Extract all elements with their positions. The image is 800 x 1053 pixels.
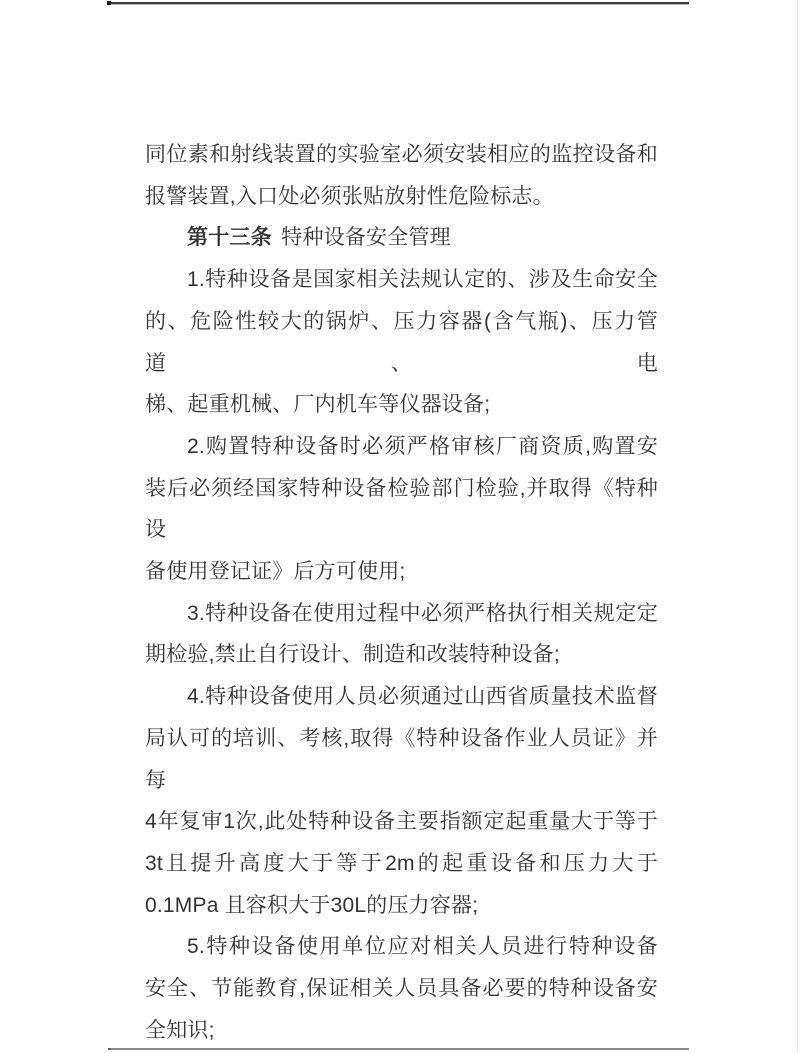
item1-line: 1.特种设备是国家相关法规认定的、涉及生命安全: [145, 259, 658, 301]
item4-line: 4年复审1次,此处特种设备主要指额定起重量大于等于: [145, 801, 658, 843]
viewer-right-border: [797, 0, 798, 1053]
page-top-edge-cap: [107, 1, 111, 5]
item2-line: 2.购置特种设备时必须严格审核厂商资质,购置安: [145, 426, 658, 468]
item3-line: 期检验,禁止自行设计、制造和改装特种设备;: [145, 634, 658, 676]
item5-line: 安全、节能教育,保证相关人员具备必要的特种设备安: [145, 968, 658, 1010]
continuation-paragraph-line: 报警装置,入口处必须张贴放射性危险标志。: [145, 176, 658, 218]
article-number: 第十三条: [187, 226, 272, 249]
item5-line: 全知识;: [145, 1010, 658, 1052]
article-heading: 第十三条特种设备安全管理: [145, 217, 658, 259]
item1-line: 梯、起重机械、厂内机车等仪器设备;: [145, 384, 658, 426]
page-top-edge-shadow: [108, 4, 689, 5]
page-bottom-edge-cap: [108, 1048, 111, 1050]
item4-line: 局认可的培训、考核,取得《特种设备作业人员证》并每: [145, 718, 658, 801]
continuation-paragraph-line: 同位素和射线装置的实验室必须安装相应的监控设备和: [145, 134, 658, 176]
document-page: { "page": { "background": "#ffffff", "te…: [0, 0, 800, 1053]
document-text-block: 同位素和射线装置的实验室必须安装相应的监控设备和 报警装置,入口处必须张贴放射性…: [145, 134, 658, 1051]
item2-line: 装后必须经国家特种设备检验部门检验,并取得《特种设: [145, 468, 658, 551]
item5-line: 5.特种设备使用单位应对相关人员进行特种设备: [145, 926, 658, 968]
article-title: 特种设备安全管理: [281, 226, 451, 249]
item1-line: 的、危险性较大的锅炉、压力容器(含气瓶)、压力管道、电: [145, 301, 658, 384]
item4-line: 0.1MPa 且容积大于30L的压力容器;: [145, 885, 658, 927]
item4-line: 4.特种设备使用人员必须通过山西省质量技术监督: [145, 676, 658, 718]
item2-line: 备使用登记证》后方可使用;: [145, 551, 658, 593]
item4-line: 3t且提升高度大于等于2m的起重设备和压力大于: [145, 843, 658, 885]
item3-line: 3.特种设备在使用过程中必须严格执行相关规定定: [145, 593, 658, 635]
